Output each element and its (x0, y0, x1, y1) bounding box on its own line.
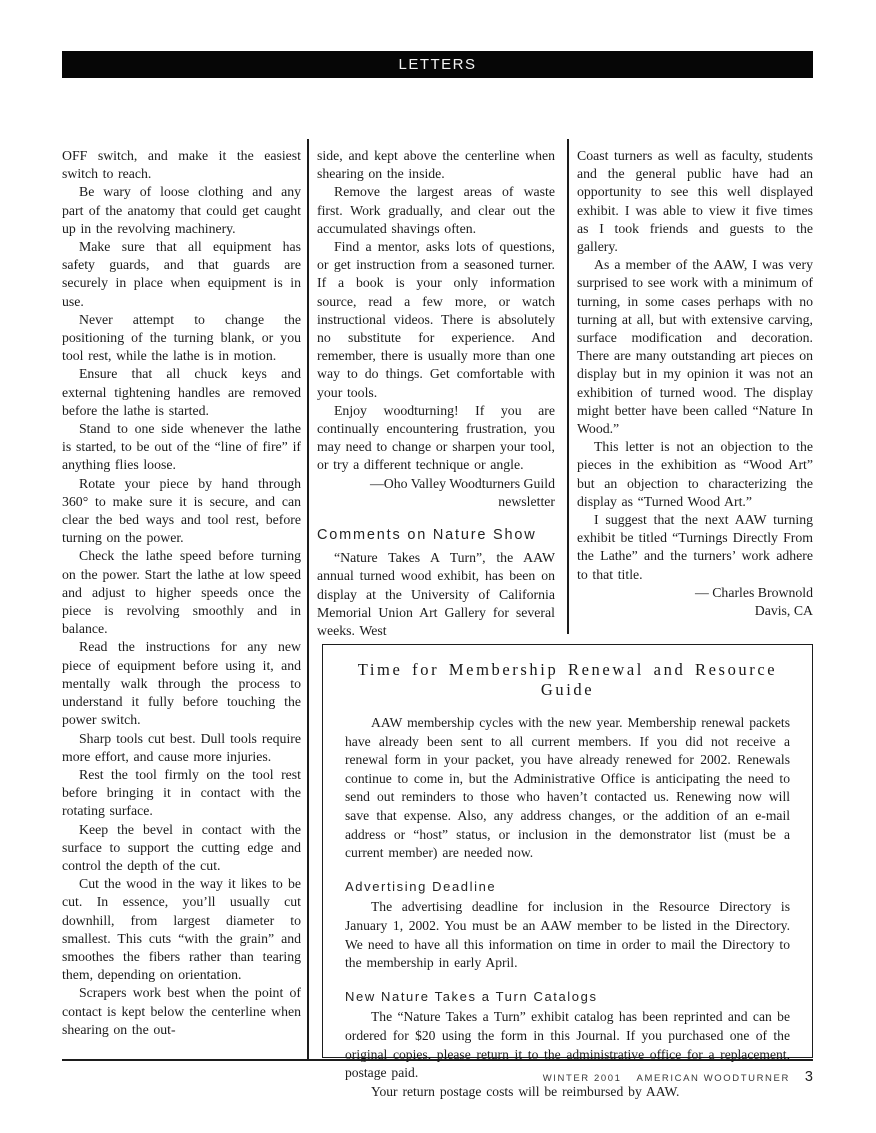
paragraph: This letter is not an objection to the p… (577, 438, 813, 511)
paragraph: I suggest that the next AAW turning exhi… (577, 511, 813, 584)
footer-journal-label: AMERICAN WOODTURNER (637, 1073, 790, 1084)
paragraph: Stand to one side whenever the lathe is … (62, 420, 301, 475)
paragraph: Enjoy woodturning! If you are continuall… (317, 402, 555, 475)
membership-box-body: AAW membership cycles with the new year.… (345, 714, 790, 1101)
paragraph: side, and kept above the centerline when… (317, 147, 555, 183)
letters-page: LETTERS OFF switch, and make it the easi… (0, 0, 876, 1133)
paragraph: Make sure that all equipment has safety … (62, 238, 301, 311)
paragraph: Sharp tools cut best. Dull tools require… (62, 730, 301, 766)
section-heading: Advertising Deadline (345, 878, 790, 897)
column-3: Coast turners as well as faculty, studen… (577, 147, 813, 620)
section-heading: Comments on Nature Show (317, 526, 555, 544)
paragraph: The advertising deadline for inclusion i… (345, 898, 790, 972)
paragraph: Be wary of loose clothing and any part o… (62, 183, 301, 238)
paragraph: Scrapers work best when the point of con… (62, 984, 301, 1039)
signature-line: Davis, CA (577, 602, 813, 620)
footer-page-number: 3 (805, 1069, 813, 1085)
signature-line: —Oho Valley Woodturners Guild (317, 475, 555, 493)
paragraph: Rest the tool firmly on the tool rest be… (62, 766, 301, 821)
paragraph: Check the lathe speed before turning on … (62, 547, 301, 638)
letters-header-banner: LETTERS (62, 51, 813, 78)
paragraph: Keep the bevel in contact with the surfa… (62, 821, 301, 876)
page-footer: WINTER 2001 AMERICAN WOODTURNER 3 (543, 1069, 813, 1085)
page-title: LETTERS (398, 56, 476, 73)
column-divider-2 (567, 139, 569, 634)
column-2: side, and kept above the centerline when… (317, 147, 555, 640)
paragraph: As a member of the AAW, I was very surpr… (577, 256, 813, 438)
paragraph: Cut the wood in the way it likes to be c… (62, 875, 301, 984)
signature-line: newsletter (317, 493, 555, 511)
section-heading: New Nature Takes a Turn Catalogs (345, 988, 790, 1007)
paragraph: Remove the largest areas of waste first.… (317, 183, 555, 238)
paragraph: Read the instructions for any new piece … (62, 638, 301, 729)
column-divider-1 (307, 139, 309, 1060)
footer-rule (62, 1059, 813, 1061)
column-1: OFF switch, and make it the easiest swit… (62, 147, 301, 1039)
membership-renewal-box: Time for Membership Renewal and Resource… (322, 644, 813, 1058)
membership-box-title: Time for Membership Renewal and Resource… (345, 660, 790, 700)
paragraph: AAW membership cycles with the new year.… (345, 714, 790, 863)
signature-line: — Charles Brownold (577, 584, 813, 602)
paragraph: Coast turners as well as faculty, studen… (577, 147, 813, 256)
paragraph: Ensure that all chuck keys and external … (62, 365, 301, 420)
paragraph: Your return postage costs will be reimbu… (345, 1083, 790, 1102)
paragraph: Find a mentor, asks lots of questions, o… (317, 238, 555, 402)
footer-issue-label: WINTER 2001 (543, 1073, 622, 1084)
paragraph: OFF switch, and make it the easiest swit… (62, 147, 301, 183)
paragraph: “Nature Takes A Turn”, the AAW annual tu… (317, 549, 555, 640)
paragraph: Rotate your piece by hand through 360° t… (62, 475, 301, 548)
paragraph: Never attempt to change the positioning … (62, 311, 301, 366)
